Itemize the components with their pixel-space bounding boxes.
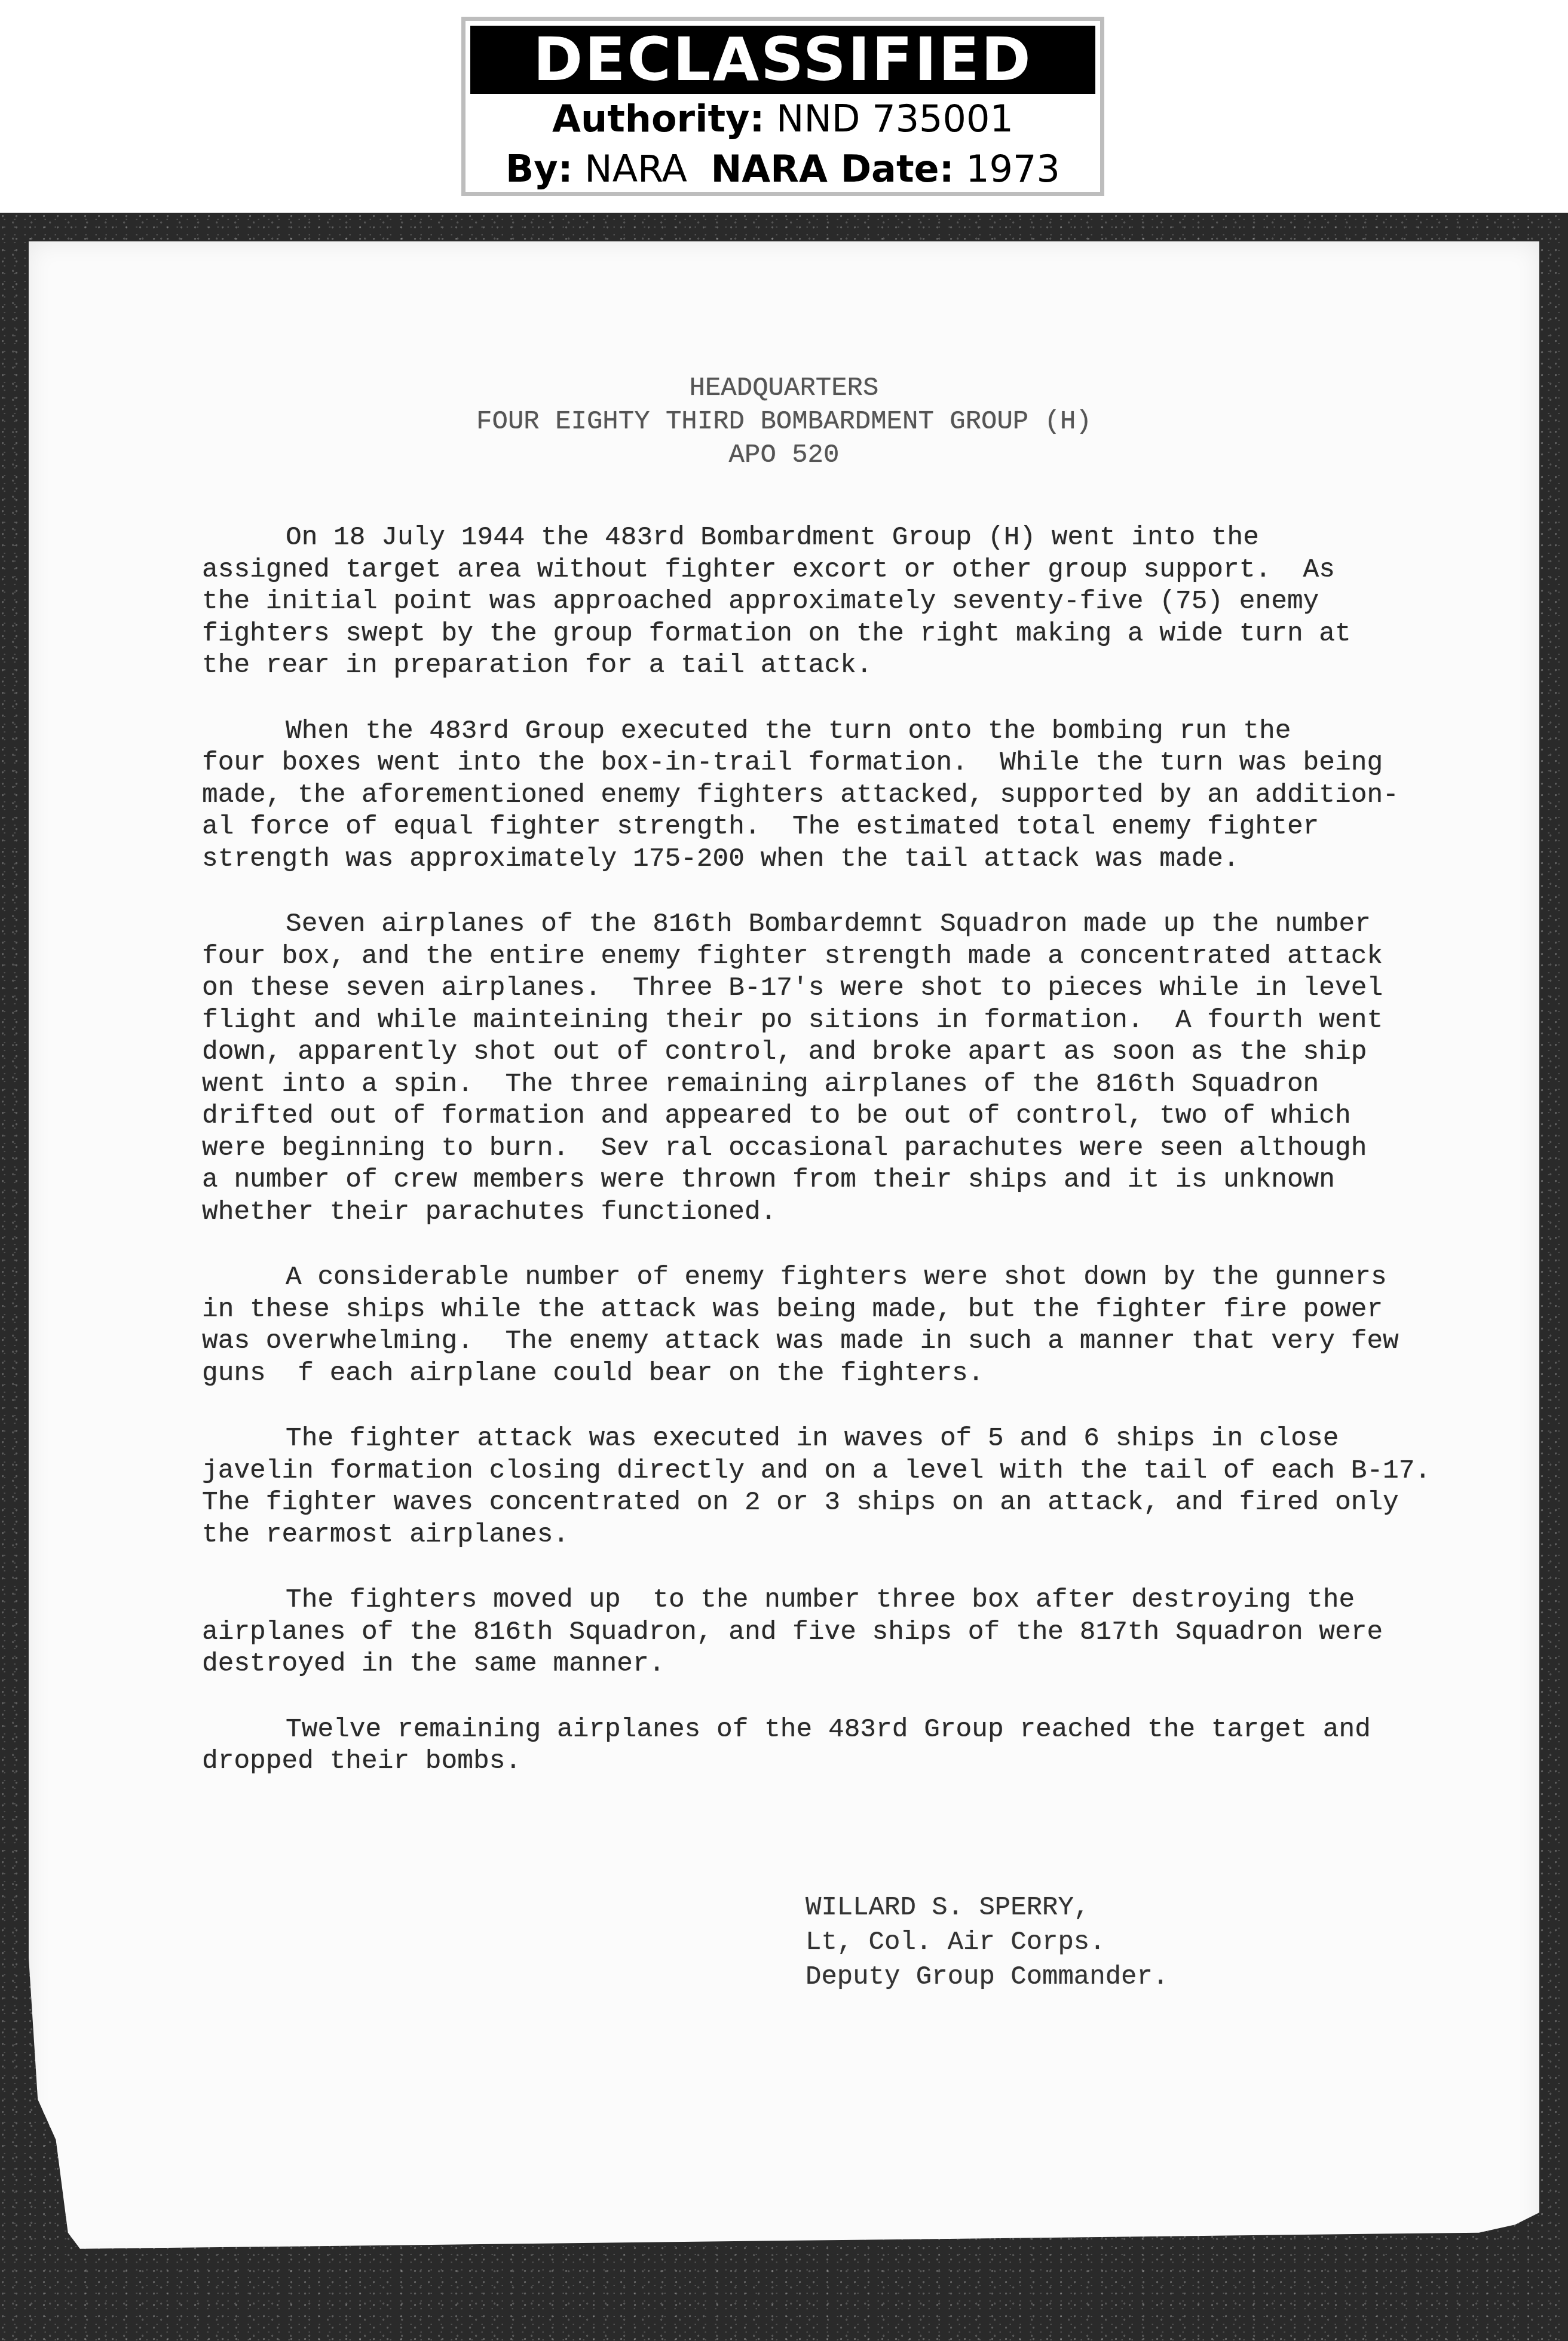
paragraph: When the 483rd Group executed the turn o…	[202, 716, 1433, 876]
document-body: On 18 July 1944 the 483rd Bombardment Gr…	[202, 522, 1433, 1812]
document-page: HEADQUARTERS FOUR EIGHTY THIRD BOMBARDME…	[29, 241, 1539, 2261]
paragraph-line: fighters swept by the group formation on…	[202, 618, 1433, 651]
paragraph-line: were beginning to burn. Sev ral occasion…	[202, 1133, 1433, 1165]
paragraph-line: Twelve remaining airplanes of the 483rd …	[202, 1714, 1433, 1746]
paragraph-line: al force of equal fighter strength. The …	[202, 811, 1433, 844]
paragraph-line: Seven airplanes of the 816th Bombardemnt…	[202, 909, 1433, 941]
paragraph: The fighters moved up to the number thre…	[202, 1585, 1433, 1681]
authority-value: NND 735001	[776, 97, 1013, 140]
stamp-authority: Authority: NND 735001	[465, 94, 1100, 144]
paragraph-line: assigned target area without fighter exc…	[202, 554, 1433, 587]
paragraph-line: The fighter waves concentrated on 2 or 3…	[202, 1487, 1433, 1519]
signature-title: Deputy Group Commander.	[806, 1960, 1168, 1994]
signature-name: WILLARD S. SPERRY,	[806, 1890, 1168, 1925]
paragraph-line: airplanes of the 816th Squadron, and fiv…	[202, 1617, 1433, 1649]
paragraph: The fighter attack was executed in waves…	[202, 1423, 1433, 1551]
authority-label: Authority:	[552, 97, 764, 140]
paragraph: A considerable number of enemy fighters …	[202, 1262, 1433, 1390]
paragraph-line: four box, and the entire enemy fighter s…	[202, 941, 1433, 973]
scan-border: HEADQUARTERS FOUR EIGHTY THIRD BOMBARDME…	[0, 213, 1568, 2341]
paragraph-line: in these ships while the attack was bein…	[202, 1294, 1433, 1326]
letterhead: HEADQUARTERS FOUR EIGHTY THIRD BOMBARDME…	[29, 372, 1539, 472]
paragraph-line: The fighters moved up to the number thre…	[202, 1585, 1433, 1617]
paragraph: Twelve remaining airplanes of the 483rd …	[202, 1714, 1433, 1778]
paragraph-line: On 18 July 1944 the 483rd Bombardment Gr…	[202, 522, 1433, 554]
paragraph-line: on these seven airplanes. Three B-17's w…	[202, 973, 1433, 1005]
paragraph-line: When the 483rd Group executed the turn o…	[202, 716, 1433, 748]
declassified-stamp: DECLASSIFIED Authority: NND 735001 By: N…	[461, 17, 1104, 196]
paragraph-line: The fighter attack was executed in waves…	[202, 1423, 1433, 1456]
paragraph-line: drifted out of formation and appeared to…	[202, 1101, 1433, 1133]
paragraph-line: the rearmost airplanes.	[202, 1519, 1433, 1552]
paragraph-line: javelin formation closing directly and o…	[202, 1456, 1433, 1488]
paragraph-line: down, apparently shot out of control, an…	[202, 1037, 1433, 1069]
letterhead-apo: APO 520	[29, 439, 1539, 472]
letterhead-group: FOUR EIGHTY THIRD BOMBARDMENT GROUP (H)	[29, 405, 1539, 439]
stamp-by-date: By: NARA NARA Date: 1973	[465, 144, 1100, 194]
paragraph-line: A considerable number of enemy fighters …	[202, 1262, 1433, 1294]
signature-rank: Lt, Col. Air Corps.	[806, 1925, 1168, 1960]
paragraph-line: was overwhelming. The enemy attack was m…	[202, 1326, 1433, 1358]
date-label: NARA Date:	[710, 147, 954, 191]
stamp-title: DECLASSIFIED	[470, 26, 1095, 94]
paragraph-line: destroyed in the same manner.	[202, 1648, 1433, 1681]
paragraph-line: the initial point was approached approxi…	[202, 586, 1433, 618]
paragraph-line: made, the aforementioned enemy fighters …	[202, 780, 1433, 812]
signature-block: WILLARD S. SPERRY, Lt, Col. Air Corps. D…	[806, 1890, 1168, 1994]
paragraph-line: whether their parachutes functioned.	[202, 1197, 1433, 1229]
paragraph-line: dropped their bombs.	[202, 1746, 1433, 1778]
paragraph-line: strength was approximately 175-200 when …	[202, 844, 1433, 876]
date-value: 1973	[966, 147, 1060, 191]
by-value: NARA	[584, 147, 687, 191]
paragraph: On 18 July 1944 the 483rd Bombardment Gr…	[202, 522, 1433, 682]
by-label: By:	[506, 147, 572, 191]
letterhead-headquarters: HEADQUARTERS	[29, 372, 1539, 405]
paragraph-line: four boxes went into the box-in-trail fo…	[202, 747, 1433, 780]
paragraph-line: a number of crew members were thrown fro…	[202, 1165, 1433, 1197]
paragraph-line: guns f each airplane could bear on the f…	[202, 1358, 1433, 1390]
paragraph: Seven airplanes of the 816th Bombardemnt…	[202, 909, 1433, 1228]
paragraph-line: the rear in preparation for a tail attac…	[202, 650, 1433, 682]
paragraph-line: flight and while mainteining their po si…	[202, 1005, 1433, 1037]
paragraph-line: went into a spin. The three remaining ai…	[202, 1069, 1433, 1101]
